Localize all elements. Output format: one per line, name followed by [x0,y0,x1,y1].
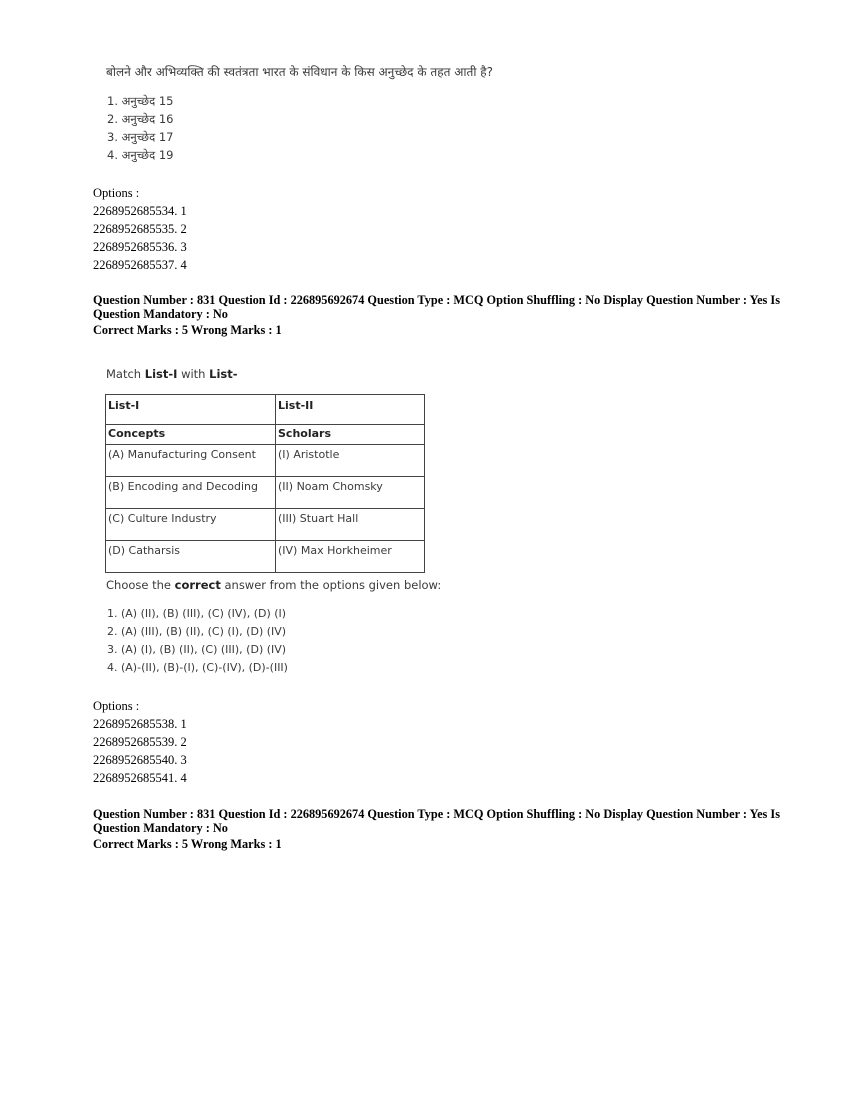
choice-item: 4. अनुच्छेद 19 [107,146,174,164]
choice-item: 2. (A) (III), (B) (II), (C) (I), (D) (IV… [107,623,288,641]
table-row: (C) Culture Industry (III) Stuart Hall [106,509,425,541]
options-label: Options : [93,184,187,202]
options-block: Options : 2268952685534. 1 2268952685535… [93,184,187,274]
table-cell: (D) Catharsis [106,541,276,573]
prompt-list2: List- [209,367,237,381]
table-cell: (C) Culture Industry [106,509,276,541]
question-marks: Correct Marks : 5 Wrong Marks : 1 [93,837,780,851]
option-item: 2268952685541. 4 [93,769,187,787]
question-choices: 1. अनुच्छेद 15 2. अनुच्छेद 16 3. अनुच्छे… [107,92,174,164]
table-row: (A) Manufacturing Consent (I) Aristotle [106,445,425,477]
table-row: (B) Encoding and Decoding (II) Noam Chom… [106,477,425,509]
choice-item: 2. अनुच्छेद 16 [107,110,174,128]
match-table: List-I List-II Concepts Scholars (A) Man… [105,394,425,573]
options-label: Options : [93,697,187,715]
table-cell: (B) Encoding and Decoding [106,477,276,509]
table-subheader-cell: Scholars [276,425,425,445]
instruction-text: Choose the correct answer from the optio… [106,578,441,592]
instruction-part: Choose the [106,578,175,592]
question-text-hindi: बोलने और अभिव्यक्ति की स्वतंत्रता भारत क… [106,63,493,80]
option-item: 2268952685540. 3 [93,751,187,769]
instruction-part: answer from the options given below: [221,578,441,592]
table-subheader-row: Concepts Scholars [106,425,425,445]
table-cell: (IV) Max Horkheimer [276,541,425,573]
table-header-cell: List-II [276,395,425,425]
table-row: (D) Catharsis (IV) Max Horkheimer [106,541,425,573]
table-cell: (III) Stuart Hall [276,509,425,541]
option-item: 2268952685534. 1 [93,202,187,220]
question-meta-line1: Question Number : 831 Question Id : 2268… [93,293,780,307]
table-subheader-cell: Concepts [106,425,276,445]
option-item: 2268952685539. 2 [93,733,187,751]
match-prompt: Match List-I with List- [106,367,238,381]
table-header-cell: List-I [106,395,276,425]
question-meta-line2: Question Mandatory : No [93,307,780,321]
question-meta-line2: Question Mandatory : No [93,821,780,835]
option-item: 2268952685536. 3 [93,238,187,256]
table-cell: (II) Noam Chomsky [276,477,425,509]
option-item: 2268952685538. 1 [93,715,187,733]
table-header-row: List-I List-II [106,395,425,425]
choice-item: 4. (A)-(II), (B)-(I), (C)-(IV), (D)-(III… [107,659,288,677]
choice-item: 3. (A) (I), (B) (II), (C) (III), (D) (IV… [107,641,288,659]
choice-item: 1. (A) (II), (B) (III), (C) (IV), (D) (I… [107,605,288,623]
question-meta-line1: Question Number : 831 Question Id : 2268… [93,807,780,821]
table-cell: (A) Manufacturing Consent [106,445,276,477]
prompt-text: with [177,367,209,381]
question-meta: Question Number : 831 Question Id : 2268… [93,293,780,337]
prompt-text: Match [106,367,145,381]
options-block: Options : 2268952685538. 1 2268952685539… [93,697,187,787]
instruction-bold: correct [175,578,221,592]
choice-item: 1. अनुच्छेद 15 [107,92,174,110]
question-meta: Question Number : 831 Question Id : 2268… [93,807,780,851]
prompt-list1: List-I [145,367,178,381]
question-marks: Correct Marks : 5 Wrong Marks : 1 [93,323,780,337]
option-item: 2268952685535. 2 [93,220,187,238]
table-cell: (I) Aristotle [276,445,425,477]
choice-item: 3. अनुच्छेद 17 [107,128,174,146]
answer-choices: 1. (A) (II), (B) (III), (C) (IV), (D) (I… [107,605,288,677]
option-item: 2268952685537. 4 [93,256,187,274]
